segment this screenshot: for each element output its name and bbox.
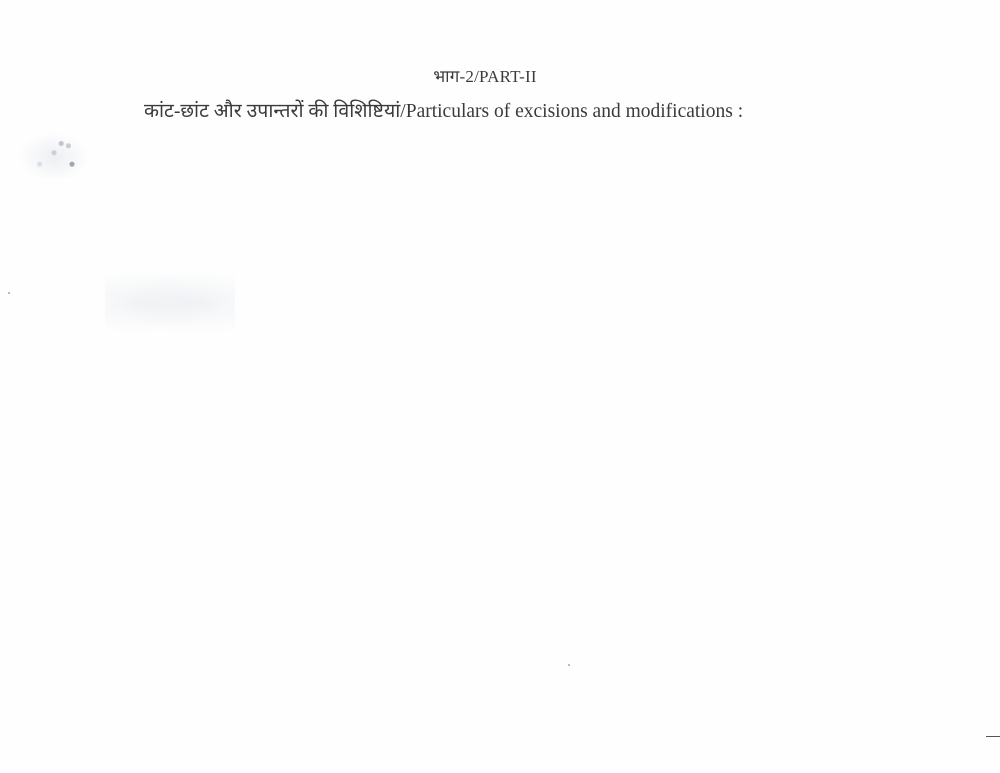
stamp-mark-icon: [18, 132, 90, 178]
scan-dash-mark: [986, 736, 1000, 737]
part-heading: भाग-2/PART-II: [0, 64, 1000, 87]
scan-speck: [568, 664, 570, 666]
part-heading-text: भाग-2/PART-II: [433, 64, 537, 87]
particulars-heading: कांट-छांट और उपान्तरों की विशिष्टियां/Pa…: [144, 96, 743, 123]
faded-stamp-mark-icon: [105, 265, 235, 340]
document-page: भाग-2/PART-II कांट-छांट और उपान्तरों की …: [0, 0, 1000, 773]
scan-speck: [8, 292, 10, 294]
